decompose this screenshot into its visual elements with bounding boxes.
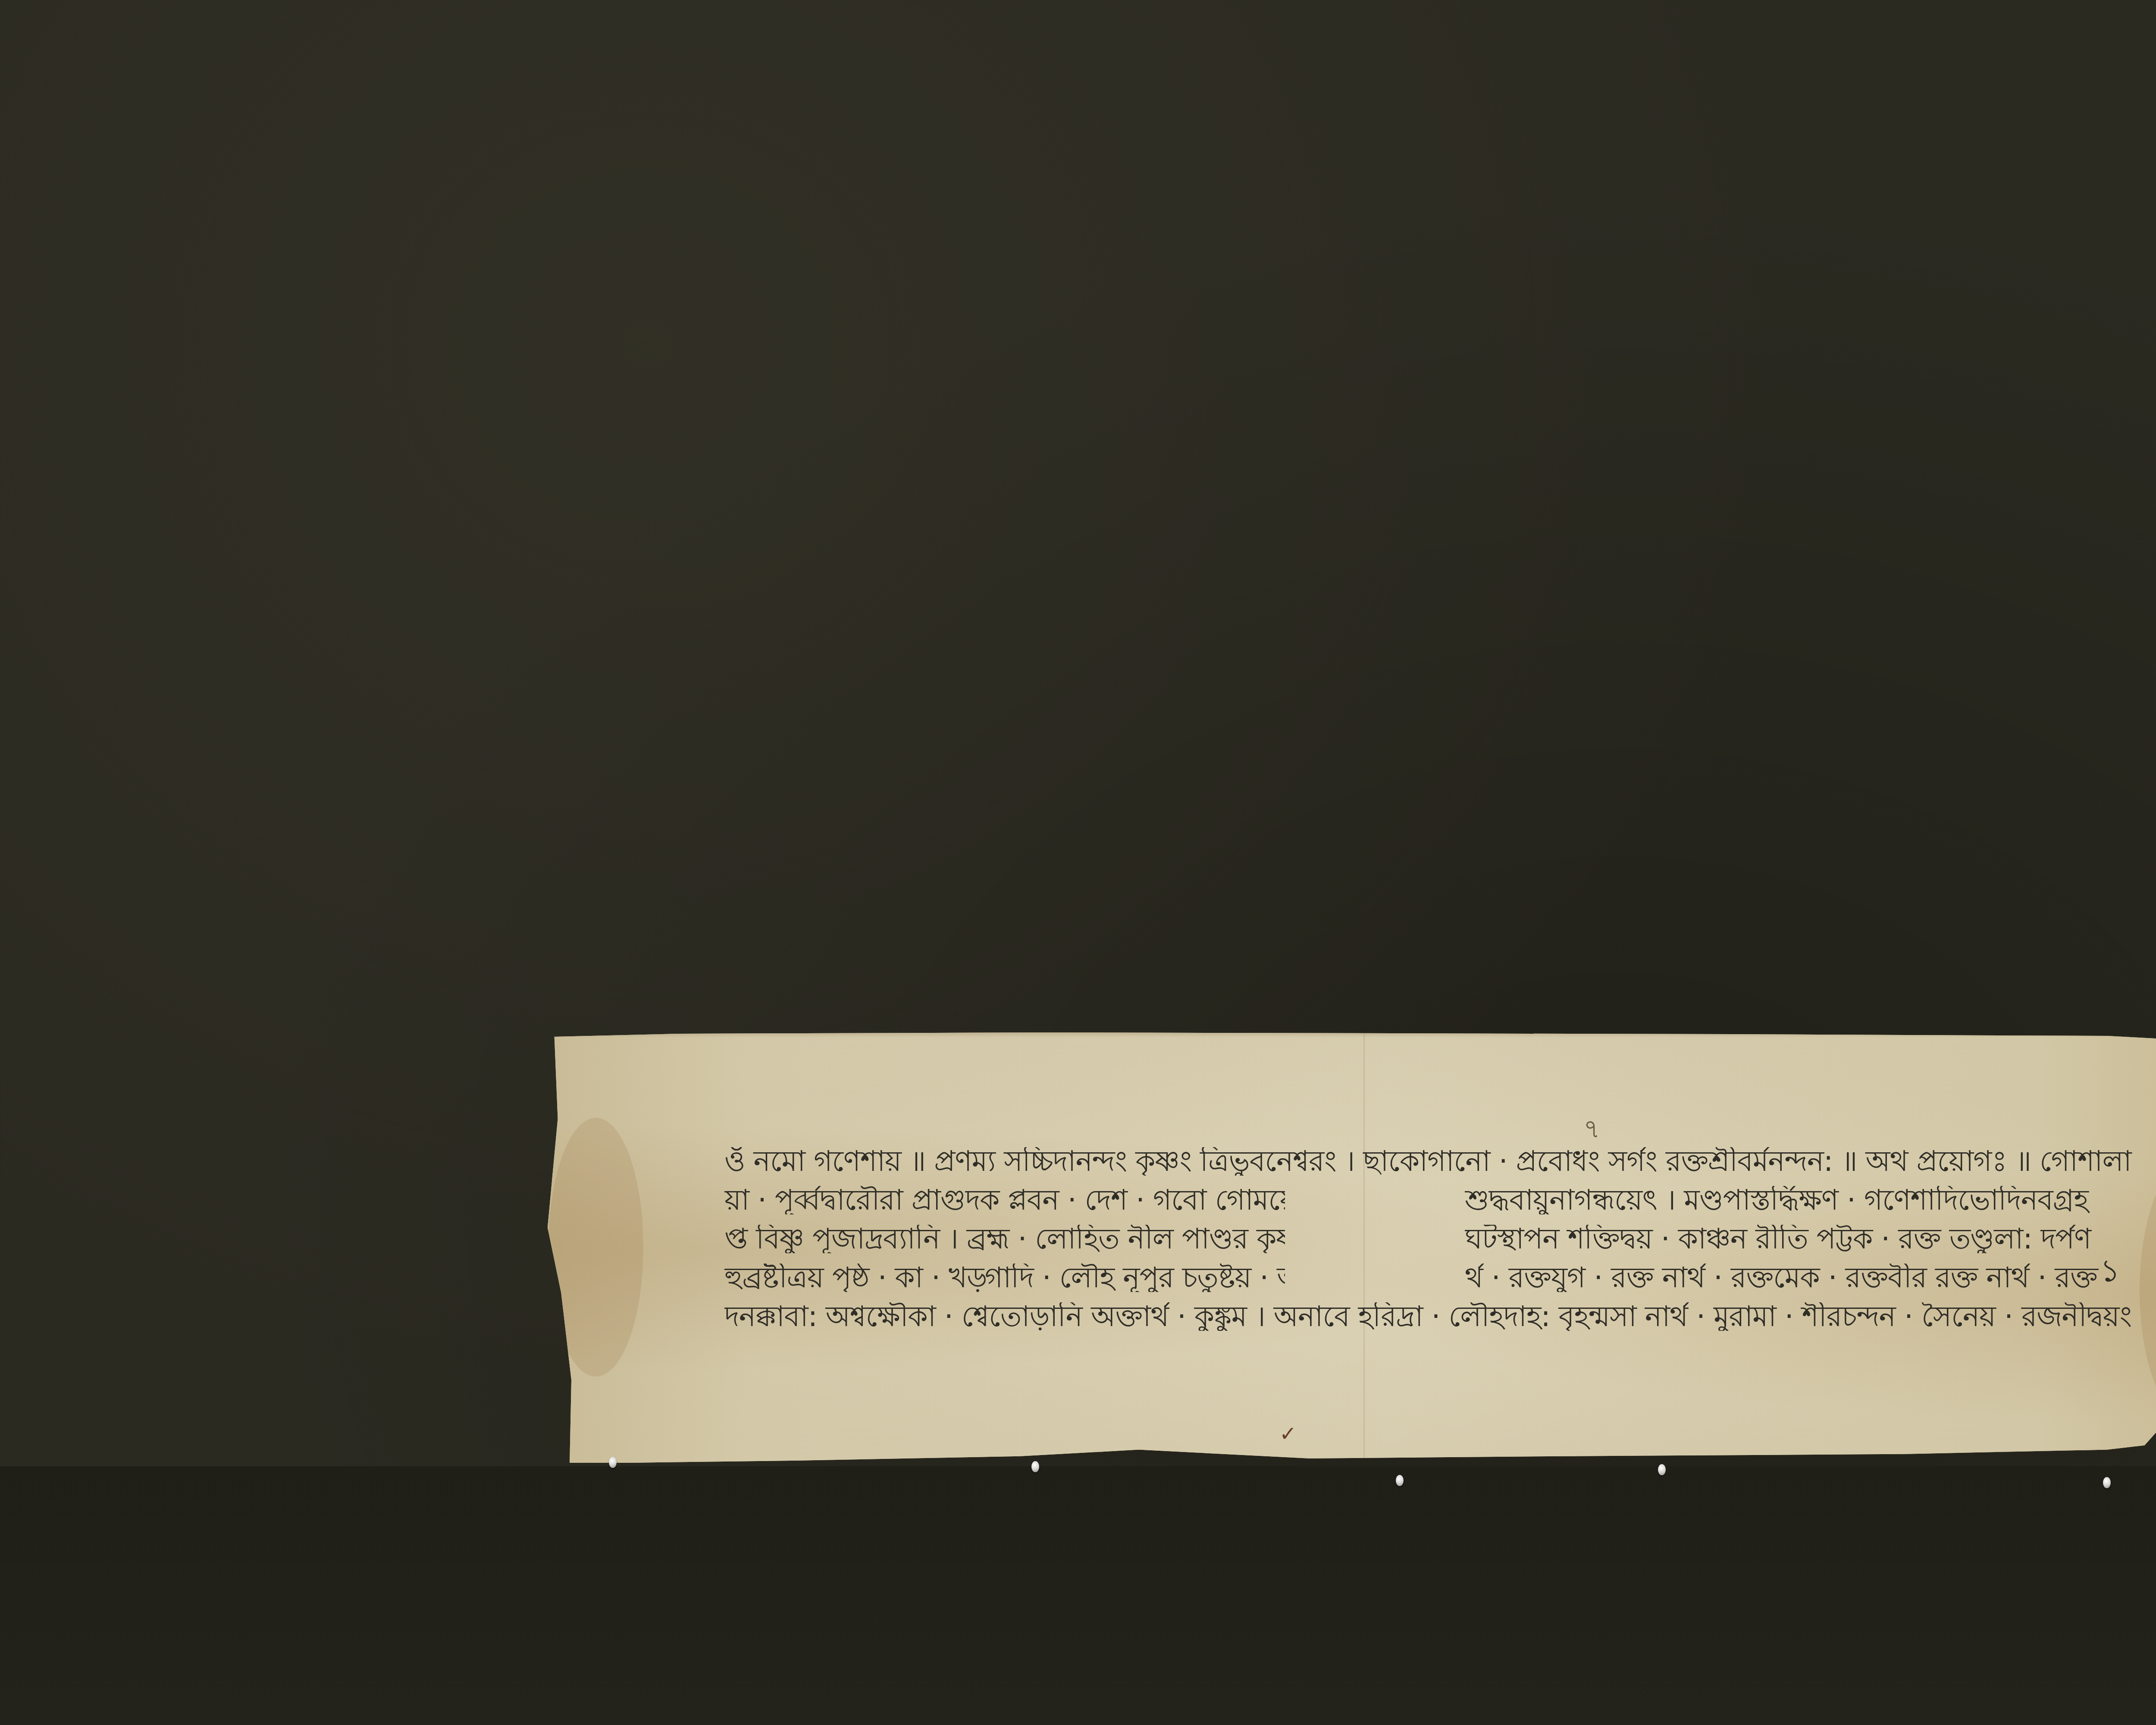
text-line-right-4: র্থ · রক্তযুগ · রক্ত নাৰ্থ · রক্তমেক · র…: [1465, 1264, 2099, 1292]
mounting-pin-2: [1031, 1461, 1039, 1472]
text-line-left-4: হুব্রষ্টীত্রয় পৃষ্ঠ · কা · খড়্গাদি · ল…: [724, 1264, 1285, 1292]
text-line-left-2: য়া · পূর্ব্বদ্বারৌরা প্রাগুদক প্লবন · দ…: [724, 1186, 1285, 1214]
mounting-pin-3: [1396, 1475, 1404, 1486]
text-line-right-2: শুদ্ধবায়ুনাগন্ধয়েৎ । মণ্ডপাস্তর্দ্ধিক্…: [1465, 1186, 2099, 1214]
text-line-1: ওঁ নমো গণেশায় ॥ প্রণম্য সচ্চিদানন্দং কৃ…: [724, 1147, 2156, 1176]
folio-top-edge: [544, 1032, 2156, 1038]
folio-page-number: ১: [2100, 1247, 2120, 1299]
mounting-board-shadow: [0, 1466, 2156, 1725]
text-line-left-3: প্ত বিষ্ণু পূজাদ্রব্যানি । ব্রহ্ম · লোহি…: [724, 1225, 1285, 1253]
folio-fold-crease: [1363, 1032, 1365, 1467]
margin-mark: ৭: [1583, 1109, 1600, 1152]
edge-stain-right: [2140, 1161, 2156, 1420]
mounting-pin-4: [1658, 1464, 1666, 1475]
manuscript-folio: ৭ ওঁ নমো গণেশায় ॥ প্রণম্য সচ্চিদানন্দং …: [544, 1032, 2156, 1467]
mounting-pin-5: [2103, 1477, 2111, 1488]
pencil-tick-mark: ✓: [1279, 1422, 1297, 1446]
text-line-right-3: ঘটস্থাপন শক্তিদ্বয় · কাঞ্চন রীতি পট্টক …: [1465, 1225, 2099, 1253]
mounting-pin-1: [609, 1457, 617, 1468]
edge-stain-left: [548, 1118, 643, 1377]
text-line-5: দনক্কাবা: অশ্বক্ষৌকা · শ্বেতোড়ানি অক্তা…: [724, 1302, 2156, 1331]
